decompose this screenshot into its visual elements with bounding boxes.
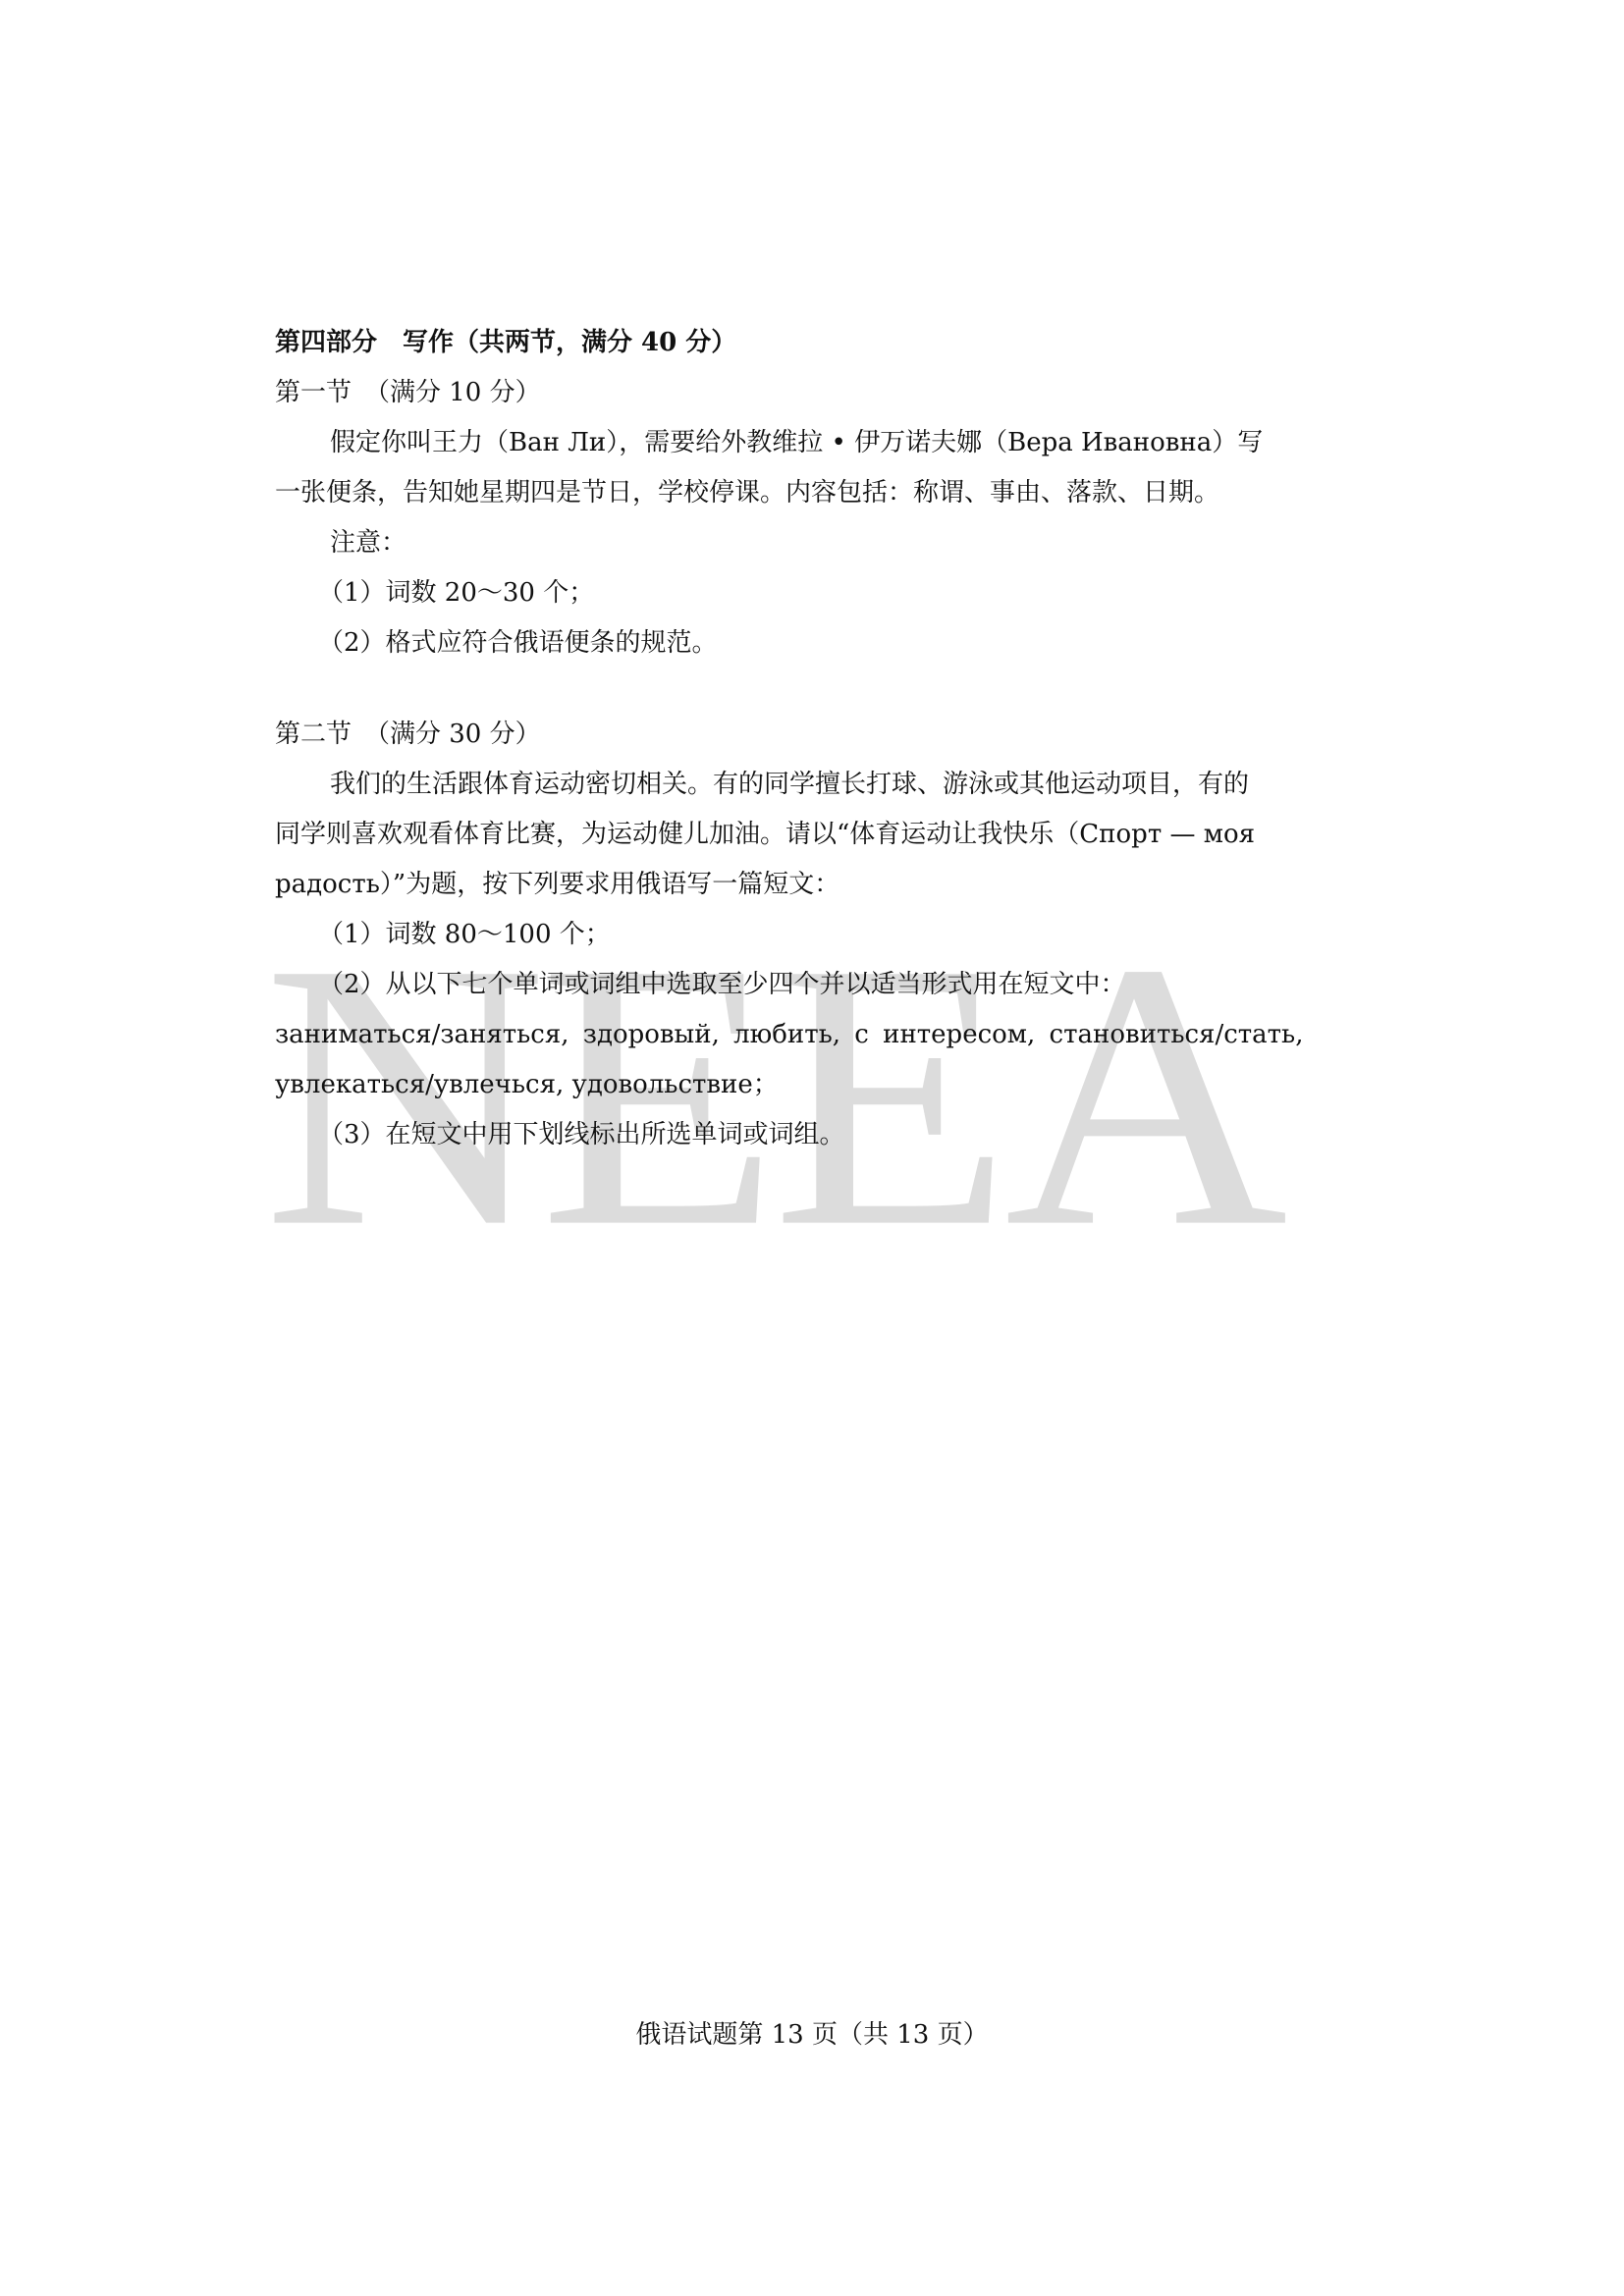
section1-prompt-line2: 一张便条，告知她星期四是节日，学校停课。内容包括：称谓、事由、落款、日期。 bbox=[275, 474, 1365, 511]
section2-prompt-line3: радость）”为题，按下列要求用俄语写一篇短文： bbox=[275, 866, 1365, 903]
part-title: 第四部分 写作（共两节，满分 40 分） bbox=[275, 324, 1365, 361]
section2-prompt-line2: 同学则喜欢观看体育比赛，为运动健儿加油。请以“体育运动让我快乐（Спорт — … bbox=[275, 816, 1365, 853]
section2-prompt-line1: 我们的生活跟体育运动密切相关。有的同学擅长打球、游泳或其他运动项目，有的 bbox=[275, 766, 1365, 803]
section1-heading: 第一节 （满分 10 分） bbox=[275, 374, 1365, 411]
section2-requirement-2: （2）从以下七个单词或词组中选取至少四个并以适当形式用在短文中： bbox=[275, 966, 1365, 1003]
section2-word-list-line2: увлекаться/увлечься, удовольствие； bbox=[275, 1066, 1365, 1103]
section-gap bbox=[275, 674, 1365, 716]
writing-section: 第四部分 写作（共两节，满分 40 分） 第一节 （满分 10 分） 假定你叫王… bbox=[275, 324, 1365, 1166]
section2-requirement-3: （3）在短文中用下划线标出所选单词或词组。 bbox=[275, 1116, 1365, 1153]
exam-page: NEEA 第四部分 写作（共两节，满分 40 分） 第一节 （满分 10 分） … bbox=[0, 0, 1624, 2296]
page-footer: 俄语试题第 13 页（共 13 页） bbox=[0, 2017, 1624, 2053]
section2-word-list-line1: заниматься/заняться, здоровый, любить, с… bbox=[275, 1016, 1365, 1053]
section2-requirement-1: （1）词数 80～100 个； bbox=[275, 916, 1365, 953]
section1-requirement-2: （2）格式应符合俄语便条的规范。 bbox=[275, 624, 1365, 662]
section1-note-label: 注意： bbox=[275, 524, 1365, 561]
section2-heading: 第二节 （满分 30 分） bbox=[275, 716, 1365, 753]
section1-requirement-1: （1）词数 20～30 个； bbox=[275, 574, 1365, 612]
section1-prompt-line1: 假定你叫王力（Ван Ли），需要给外教维拉 • 伊万诺夫娜（Вера Иван… bbox=[275, 424, 1365, 461]
